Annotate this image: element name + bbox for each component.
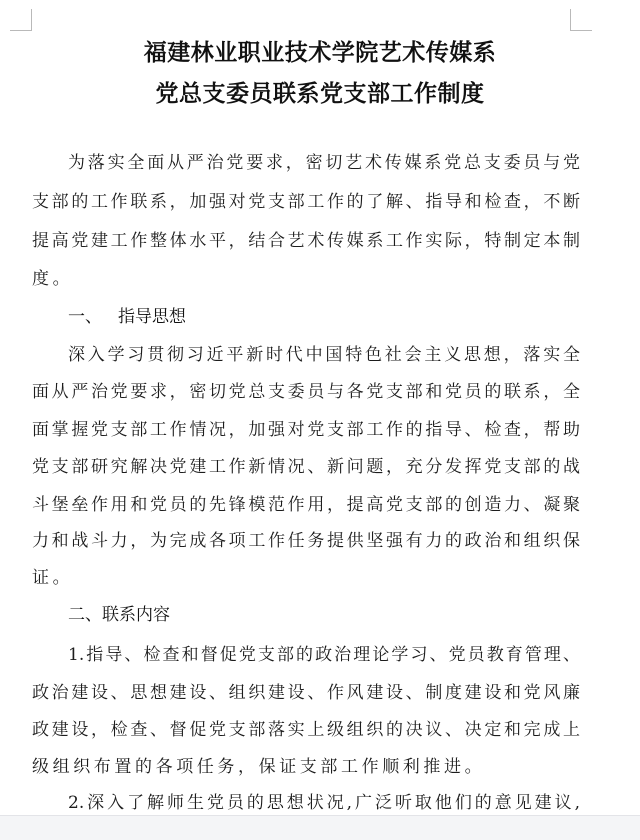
intro-paragraph-line: 度。 <box>32 268 580 290</box>
section-1-number: 一、 <box>68 306 118 328</box>
section-2-heading: 二、联系内容 <box>68 604 170 626</box>
top-left-margin-mark <box>10 9 32 31</box>
section-1-paragraph-line: 面从严治党要求，密切党总支委员与各党支部和党员的联系，全 <box>32 381 580 403</box>
document-title-line-1: 福建林业职业技术学院艺术传媒系 <box>0 34 640 67</box>
top-right-margin-mark <box>570 9 592 31</box>
section-1-heading: 一、指导思想 <box>68 306 186 328</box>
section-1-paragraph-line: 面掌握党支部工作情况，加强对党支部工作的指导、检查，帮助 <box>32 419 580 441</box>
section-2-item-1-line: 政治建设、思想建设、组织建设、作风建设、制度建设和党风廉 <box>32 682 580 704</box>
section-2-item-2-line: 2.深入了解师生党员的思想状况,广泛听取他们的意见建议, <box>68 792 580 814</box>
viewer-bottom-bar <box>0 816 640 840</box>
section-2-item-1-line: 政建设，检查、督促党支部落实上级组织的决议、决定和完成上 <box>32 719 580 741</box>
section-1-paragraph-line: 党支部研究解决党建工作新情况、新问题，充分发挥党支部的战 <box>32 456 580 478</box>
section-2-item-1-line: 级组织布置的各项任务，保证支部工作顺利推进。 <box>32 756 580 778</box>
intro-paragraph-line: 为落实全面从严治党要求，密切艺术传媒系党总支委员与党 <box>68 152 580 174</box>
intro-paragraph-line: 提高党建工作整体水平，结合艺术传媒系工作实际，特制定本制 <box>32 230 580 252</box>
section-2-item-1-line: 1.指导、检查和督促党支部的政治理论学习、党员教育管理、 <box>68 644 580 666</box>
intro-paragraph-line: 支部的工作联系，加强对党支部工作的了解、指导和检查，不断 <box>32 191 580 213</box>
section-1-paragraph-line: 力和战斗力，为完成各项工作任务提供坚强有力的政治和组织保 <box>32 530 580 552</box>
section-1-paragraph-line: 深入学习贯彻习近平新时代中国特色社会主义思想，落实全 <box>68 344 580 366</box>
document-page: 福建林业职业技术学院艺术传媒系 党总支委员联系党支部工作制度 为落实全面从严治党… <box>0 0 640 816</box>
section-1-title: 指导思想 <box>118 307 186 327</box>
document-title-line-2: 党总支委员联系党支部工作制度 <box>0 75 640 108</box>
section-1-paragraph-line: 斗堡垒作用和党员的先锋模范作用，提高党支部的创造力、凝聚 <box>32 494 580 516</box>
section-1-paragraph-line: 证。 <box>32 567 580 589</box>
